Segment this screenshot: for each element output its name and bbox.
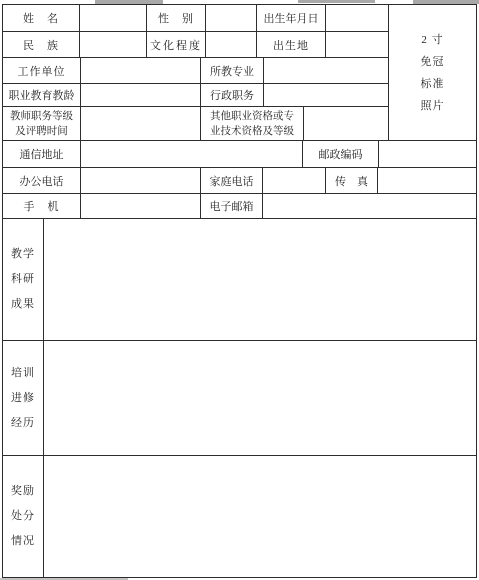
name-label: 姓 名 bbox=[23, 10, 59, 26]
vocational-teaching-years-input-cell[interactable] bbox=[81, 84, 201, 106]
table-row: 教师职务等级 及评聘时间 其他职业资格或专 业技术资格及等级 bbox=[3, 107, 388, 141]
education-level-label-cell: 文化程度 bbox=[147, 32, 206, 57]
work-unit-label: 工作单位 bbox=[18, 63, 66, 79]
table-row: 培训 进修 经历 bbox=[3, 341, 476, 456]
admin-position-label-cell: 行政职务 bbox=[201, 84, 264, 106]
vocational-teaching-years-label-cell: 职业教育教龄 bbox=[3, 84, 81, 106]
photo-box-line2: 免冠 bbox=[421, 51, 445, 73]
rewards-label-line3: 情况 bbox=[11, 529, 35, 554]
name-input-cell[interactable] bbox=[80, 5, 147, 31]
teacher-rank-label-line2: 及评聘时间 bbox=[15, 124, 68, 139]
photo-box-line3: 标准 bbox=[421, 73, 445, 95]
training-label-line2: 进修 bbox=[11, 386, 35, 411]
home-phone-label-cell: 家庭电话 bbox=[201, 168, 263, 193]
birthplace-input-cell[interactable] bbox=[326, 32, 388, 57]
mobile-phone-input-cell[interactable] bbox=[81, 194, 201, 218]
education-level-input-cell[interactable] bbox=[206, 32, 257, 57]
fax-label-cell: 传 真 bbox=[326, 168, 378, 193]
work-unit-label-cell: 工作单位 bbox=[3, 58, 81, 83]
teaching-major-label: 所教专业 bbox=[210, 63, 254, 79]
photo-box-line1: 2 寸 bbox=[421, 29, 443, 51]
rewards-punishments-label-cell: 奖励 处分 情况 bbox=[3, 456, 44, 577]
mailing-address-input-cell[interactable] bbox=[81, 141, 303, 167]
teaching-research-achievements-input-cell[interactable] bbox=[44, 219, 476, 340]
table-row: 工作单位 所教专业 bbox=[3, 58, 388, 84]
photo-box-line4: 照片 bbox=[421, 95, 445, 117]
home-phone-input-cell[interactable] bbox=[263, 168, 326, 193]
personal-info-form-table: 姓 名 性 别 出生年月日 民 族 文化程度 出生地 工作单位 所教专业 职业教… bbox=[2, 4, 477, 578]
ethnicity-label: 民 族 bbox=[23, 37, 59, 53]
table-row: 职业教育教龄 行政职务 bbox=[3, 84, 388, 107]
training-experience-input-cell[interactable] bbox=[44, 341, 476, 455]
email-input-cell[interactable] bbox=[263, 194, 476, 218]
teacher-rank-input-cell[interactable] bbox=[81, 107, 201, 140]
gender-input-cell[interactable] bbox=[206, 5, 257, 31]
teacher-rank-label-cell: 教师职务等级 及评聘时间 bbox=[3, 107, 81, 140]
mobile-phone-label-cell: 手 机 bbox=[3, 194, 81, 218]
training-label-line1: 培训 bbox=[11, 361, 35, 386]
fax-input-cell[interactable] bbox=[378, 168, 476, 193]
mobile-phone-label: 手 机 bbox=[24, 198, 60, 214]
work-unit-input-cell[interactable] bbox=[81, 58, 201, 83]
achievements-label-line2: 科研 bbox=[11, 267, 35, 292]
postal-code-label: 邮政编码 bbox=[319, 146, 363, 162]
achievements-label-line3: 成果 bbox=[11, 292, 35, 317]
office-phone-label-cell: 办公电话 bbox=[3, 168, 81, 193]
mailing-address-label: 通信地址 bbox=[20, 146, 64, 162]
office-phone-input-cell[interactable] bbox=[81, 168, 201, 193]
birthdate-label-cell: 出生年月日 bbox=[257, 5, 326, 31]
teaching-research-achievements-label-cell: 教学 科研 成果 bbox=[3, 219, 44, 340]
ethnicity-input-cell[interactable] bbox=[80, 32, 147, 57]
admin-position-label: 行政职务 bbox=[210, 87, 254, 103]
rewards-label-line2: 处分 bbox=[11, 504, 35, 529]
scan-artifact-top-2 bbox=[298, 0, 375, 3]
education-level-label: 文化程度 bbox=[150, 37, 202, 53]
name-label-cell: 姓 名 bbox=[3, 5, 80, 31]
ethnicity-label-cell: 民 族 bbox=[3, 32, 80, 57]
teaching-major-input-cell[interactable] bbox=[264, 58, 388, 83]
email-label-cell: 电子邮箱 bbox=[201, 194, 263, 218]
rewards-punishments-input-cell[interactable] bbox=[44, 456, 476, 577]
admin-position-input-cell[interactable] bbox=[264, 84, 388, 106]
birthplace-label-cell: 出生地 bbox=[257, 32, 326, 57]
rewards-label-line1: 奖励 bbox=[11, 479, 35, 504]
email-label: 电子邮箱 bbox=[210, 198, 254, 214]
postal-code-input-cell[interactable] bbox=[379, 141, 476, 167]
training-label-line3: 经历 bbox=[11, 411, 35, 436]
table-row: 教学 科研 成果 bbox=[3, 219, 476, 341]
table-row: 手 机 电子邮箱 bbox=[3, 194, 476, 219]
photo-box[interactable]: 2 寸 免冠 标准 照片 bbox=[388, 5, 476, 141]
postal-code-label-cell: 邮政编码 bbox=[303, 141, 379, 167]
table-row: 通信地址 邮政编码 bbox=[3, 141, 476, 168]
achievements-label-line1: 教学 bbox=[11, 242, 35, 267]
vocational-teaching-years-label: 职业教育教龄 bbox=[9, 87, 75, 103]
table-row: 办公电话 家庭电话 传 真 bbox=[3, 168, 476, 194]
teaching-major-label-cell: 所教专业 bbox=[201, 58, 264, 83]
mailing-address-label-cell: 通信地址 bbox=[3, 141, 81, 167]
birthdate-label: 出生年月日 bbox=[264, 10, 319, 26]
fax-label: 传 真 bbox=[335, 173, 368, 189]
teacher-rank-label-line1: 教师职务等级 bbox=[10, 109, 73, 124]
office-phone-label: 办公电话 bbox=[20, 173, 64, 189]
home-phone-label: 家庭电话 bbox=[210, 173, 254, 189]
table-row: 民 族 文化程度 出生地 bbox=[3, 32, 388, 58]
other-qualification-label-line1: 其他职业资格或专 bbox=[210, 109, 294, 124]
other-qualification-label-line2: 业技术资格及等级 bbox=[210, 124, 294, 139]
birthdate-input-cell[interactable] bbox=[326, 5, 388, 31]
gender-label-cell: 性 别 bbox=[147, 5, 206, 31]
gender-label: 性 别 bbox=[158, 10, 194, 26]
table-row: 姓 名 性 别 出生年月日 bbox=[3, 5, 388, 32]
birthplace-label: 出生地 bbox=[273, 37, 309, 53]
training-experience-label-cell: 培训 进修 经历 bbox=[3, 341, 44, 455]
other-qualification-input-cell[interactable] bbox=[304, 107, 388, 140]
table-row: 奖励 处分 情况 bbox=[3, 456, 476, 577]
other-qualification-label-cell: 其他职业资格或专 业技术资格及等级 bbox=[201, 107, 304, 140]
